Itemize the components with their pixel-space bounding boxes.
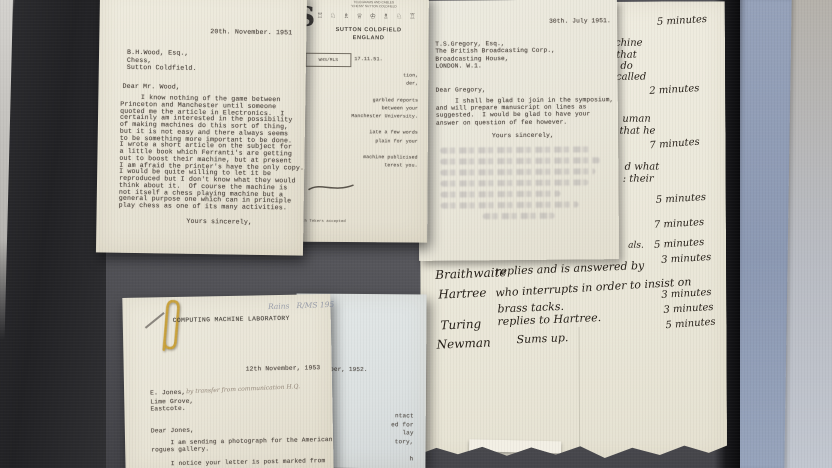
letter-date: 20th. November. 1951	[210, 28, 292, 36]
margin-note: 5 minutes	[656, 192, 707, 206]
margin-note: d what	[625, 162, 660, 173]
letter-closing: Yours sincerely,	[186, 218, 252, 226]
bleedthrough-block	[432, 141, 605, 224]
margin-note: that he	[619, 126, 655, 137]
margin-note: 7 minutes	[654, 217, 705, 231]
letter-date: 30th. July 1951.	[549, 17, 611, 25]
reference-date: 17.11.51.	[354, 56, 382, 62]
signature-stroke	[307, 180, 355, 194]
agenda-speaker: Newman	[436, 335, 491, 351]
letter-salutation: Dear Gregory,	[436, 86, 486, 93]
bleedthrough-line	[440, 146, 590, 153]
letter-fragments: tion, der, garbled reports between your …	[351, 72, 418, 171]
reference-box: WHS/MLS	[305, 53, 351, 67]
letter-header: COMPUTING MACHINE LABORATORY	[173, 315, 290, 324]
reference-code: WHS/MLS	[319, 57, 339, 62]
agenda-action: replies to Hartree.	[497, 311, 601, 328]
margin-note: : their	[623, 174, 654, 185]
letter-body: I am sending a photograph for the Americ…	[151, 437, 333, 468]
agenda-minutes: 3 minutes	[661, 252, 712, 266]
letter-recipient: B.H.Wood, Esq., Chess, Sutton Coldfield.	[127, 49, 197, 73]
agenda-speaker: Hartree	[438, 286, 487, 302]
agenda-speaker: Turing	[440, 317, 481, 333]
letter-body: I shall be glad to join in the symposium…	[436, 96, 614, 126]
bleedthrough-line	[440, 179, 588, 186]
letter-recipient: T.S.Gregory, Esq., The British Broadcast…	[435, 40, 555, 71]
letter-salutation: Dear Mr. Wood,	[122, 83, 180, 91]
letterhead-place: SUTTON COLDFIELD ENGLAND	[321, 26, 417, 43]
torn-edge-flap	[469, 439, 561, 453]
letter-address: Lime Grove, Eastcote.	[150, 398, 193, 413]
letter-salutation: Dear Jones,	[151, 427, 194, 435]
page-date-fragment: ber, 1952.	[330, 366, 368, 373]
paperclip-icon	[154, 296, 187, 356]
page-fragments: ntact ed for lay tory, h	[391, 412, 414, 464]
margin-note: als.	[628, 241, 644, 251]
jones-letter: COMPUTING MACHINE LABORATORY 12th Novemb…	[122, 294, 333, 468]
bleedthrough-line	[441, 191, 561, 198]
margin-note: 7 minutes	[649, 137, 700, 152]
agenda-minutes: 3 minutes	[661, 287, 712, 301]
letter-body: I know nothing of the game between Princ…	[119, 95, 306, 213]
letter-closing: Yours sincerely,	[492, 132, 554, 140]
margin-note: 5 minutes	[654, 237, 705, 251]
telegrams-line: TELEGRAMS AND CABLES "CHESS" SUTTON COLD…	[327, 0, 421, 9]
bleedthrough-line	[441, 201, 579, 208]
letter-recipient: E. Jones,	[150, 389, 185, 397]
handwritten-annotation: by transfer from communication H.Q.	[186, 383, 300, 395]
bleedthrough-line	[440, 157, 600, 164]
archive-box-photo: 5 minutes achine t that o do y called 2 …	[0, 0, 832, 468]
wood-letter: 20th. November. 1951 B.H.Wood, Esq., Che…	[96, 0, 307, 256]
letter-date: 12th November, 1953	[246, 364, 321, 372]
margin-note: uman	[622, 114, 650, 125]
agenda-minutes: 3 minutes	[663, 302, 714, 316]
bleedthrough-line	[483, 213, 555, 220]
margin-note: 2 minutes	[649, 83, 700, 97]
chess-frieze-icon: ♖ ♘ ♗ ♕ ♔ ♗ ♘ ♖	[317, 12, 418, 21]
margin-note: 5 minutes	[657, 14, 708, 28]
gregory-letter: 30th. July 1951. T.S.Gregory, Esq., The …	[417, 0, 619, 261]
agenda-action: replies and is answered by	[495, 259, 645, 278]
agenda-minutes: 5 minutes	[665, 317, 716, 332]
bleedthrough-line	[440, 168, 595, 175]
page-crease	[579, 327, 581, 447]
agenda-action: Sums up.	[516, 331, 568, 346]
box-left-wall	[0, 0, 106, 468]
footer-fragment: ...h Tekers accepted	[297, 220, 346, 224]
